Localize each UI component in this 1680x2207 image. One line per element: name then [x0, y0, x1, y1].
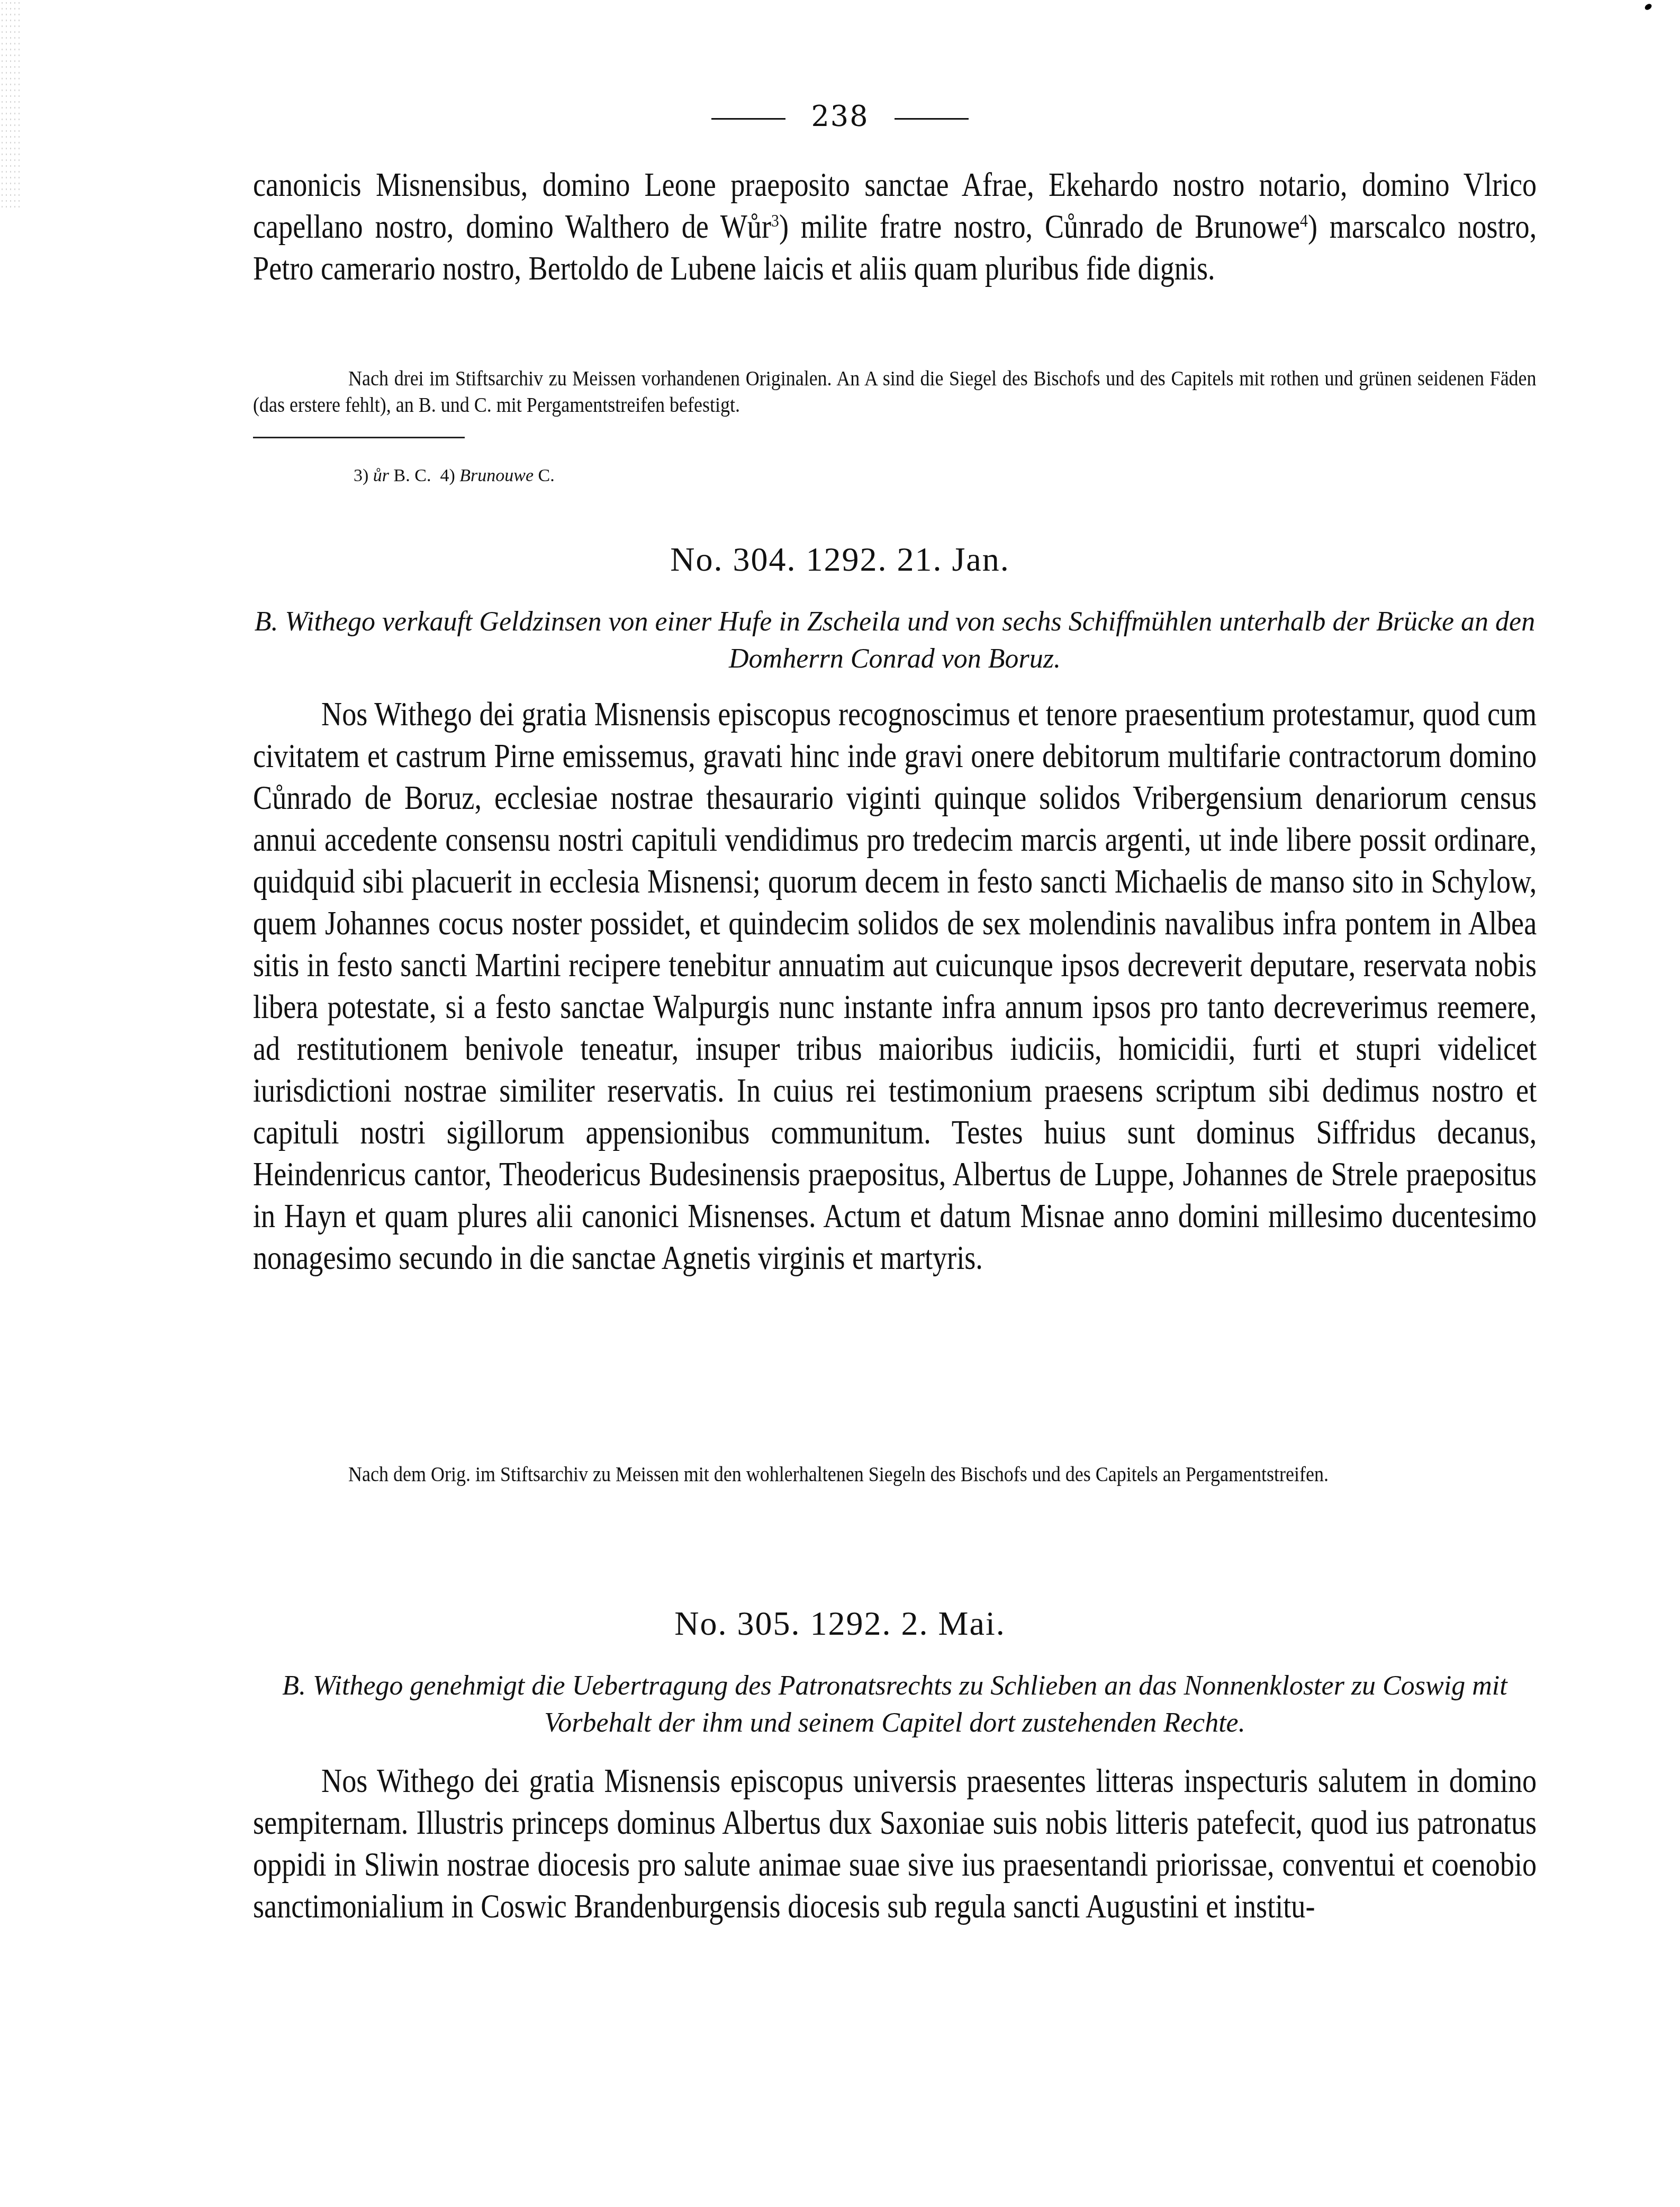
document-heading-305: No. 305. 1292. 2. Mai. — [0, 1604, 1680, 1643]
source-note-303: Nach drei im Stiftsarchiv zu Meissen vor… — [253, 365, 1537, 418]
source-note-304: Nach dem Orig. im Stiftsarchiv zu Meisse… — [253, 1461, 1537, 1488]
continuation-text: canonicis Misnensibus, domino Leone prae… — [253, 164, 1537, 290]
document-summary-305: B. Withego genehmigt die Uebertragung de… — [253, 1668, 1537, 1742]
document-text-304: Nos Withego dei gratia Misnensis episcop… — [253, 693, 1537, 1279]
continuation-paragraph: canonicis Misnensibus, domino Leone prae… — [253, 164, 1537, 290]
header-dash-left — [711, 118, 785, 120]
document-text-305: Nos Withego dei gratia Misnensis episcop… — [253, 1760, 1537, 1927]
footnote-ref-4: 4 — [1300, 211, 1308, 231]
footnote-ref-3: 3 — [771, 211, 779, 231]
header-dash-right — [895, 118, 969, 120]
document-summary-304: B. Withego verkauft Geldzinsen von einer… — [253, 603, 1537, 678]
footnote-separator — [253, 437, 465, 438]
page-header: 238 — [0, 100, 1680, 133]
document-heading-304: No. 304. 1292. 21. Jan. — [0, 540, 1680, 579]
ink-speck — [1643, 3, 1652, 11]
page-number: 238 — [811, 100, 869, 133]
footnotes: 3) ůr B. C. 4) Brunouwe C. — [354, 466, 555, 486]
